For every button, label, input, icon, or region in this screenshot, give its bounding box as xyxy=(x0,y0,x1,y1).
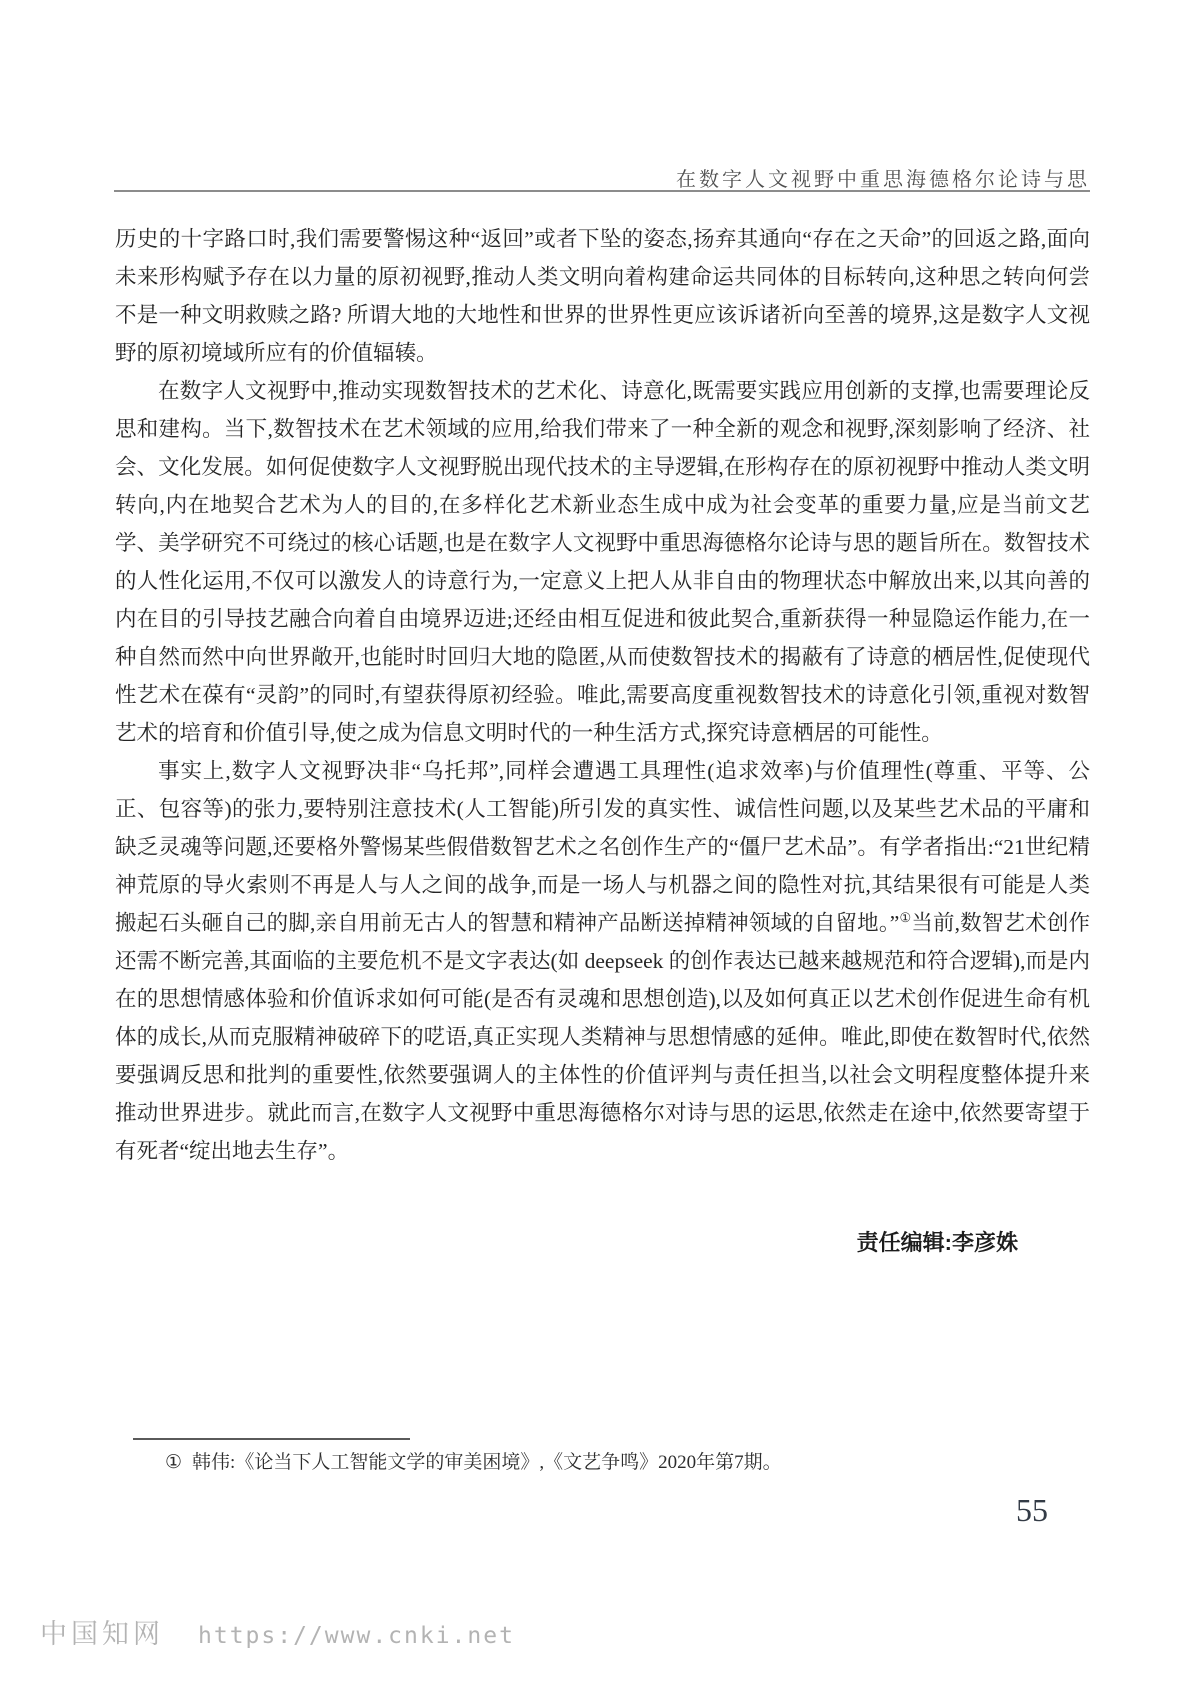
footnote-marker: ① xyxy=(165,1452,182,1473)
footnote-reference-marker: ① xyxy=(899,910,911,925)
running-header-title: 在数字人文视野中重思海德格尔论诗与思 xyxy=(115,163,1090,192)
body-paragraph-3: 事实上,数字人文视野决非“乌托邦”,同样会遭遇工具理性(追求效率)与价值理性(尊… xyxy=(115,752,1090,1170)
cnki-url: https://www.cnki.net xyxy=(198,1623,515,1649)
footnote-divider-rule xyxy=(133,1438,410,1440)
body-paragraph-1: 历史的十字路口时,我们需要警惕这种“返回”或者下坠的姿态,扬弃其通向“存在之天命… xyxy=(115,220,1090,372)
body-paragraph-2: 在数字人文视野中,推动实现数智技术的艺术化、诗意化,既需要实践应用创新的支撑,也… xyxy=(115,372,1090,752)
paragraph-text: 当前,数智艺术创作还需不断完善,其面临的主要危机不是文字表达(如 deepsee… xyxy=(115,911,1090,1163)
journal-page: 在数字人文视野中重思海德格尔论诗与思 历史的十字路口时,我们需要警惕这种“返回”… xyxy=(0,0,1190,1683)
paragraph-text: 事实上,数字人文视野决非“乌托邦”,同样会遭遇工具理性(追求效率)与价值理性(尊… xyxy=(115,759,1090,935)
page-number: 55 xyxy=(1016,1492,1048,1529)
cnki-site-name: 中国知网 xyxy=(40,1612,164,1651)
footnote-text: 韩伟:《论当下人工智能文学的审美困境》,《文艺争鸣》2020年第7期。 xyxy=(192,1452,782,1473)
responsible-editor-credit: 责任编辑:李彦姝 xyxy=(115,1226,1018,1257)
article-body: 历史的十字路口时,我们需要警惕这种“返回”或者下坠的姿态,扬弃其通向“存在之天命… xyxy=(115,220,1090,1170)
paragraph-text: 在数字人文视野中,推动实现数智技术的艺术化、诗意化,既需要实践应用创新的支撑,也… xyxy=(115,379,1090,745)
header-rule xyxy=(114,190,1090,192)
cnki-watermark: 中国知网 https://www.cnki.net xyxy=(40,1612,515,1651)
paragraph-text: 历史的十字路口时,我们需要警惕这种“返回”或者下坠的姿态,扬弃其通向“存在之天命… xyxy=(115,227,1090,365)
footnote: ①韩伟:《论当下人工智能文学的审美困境》,《文艺争鸣》2020年第7期。 xyxy=(165,1449,1065,1477)
